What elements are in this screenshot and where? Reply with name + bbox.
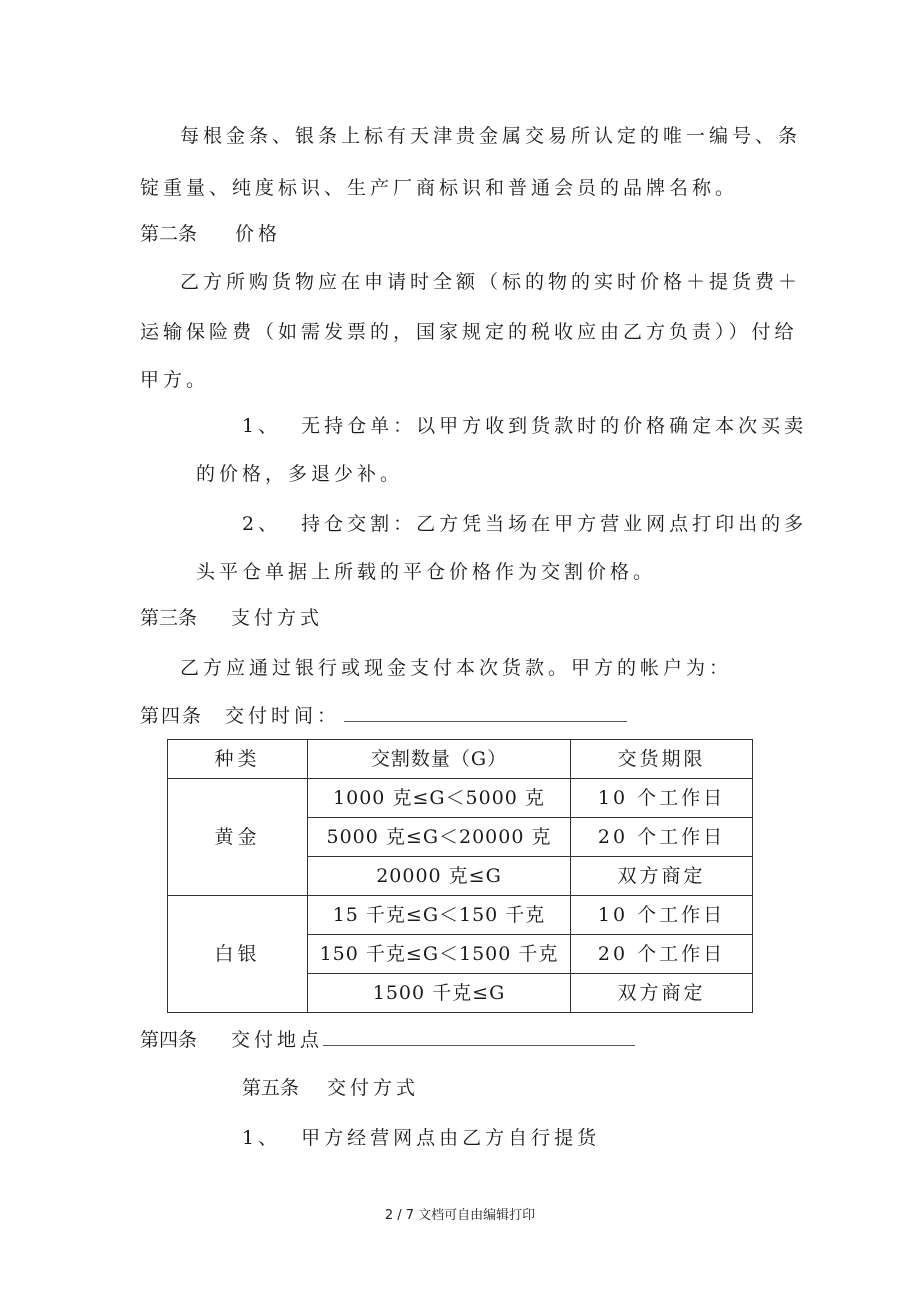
- category-cell: 黄金: [168, 779, 308, 896]
- article-number: 第四条: [140, 705, 203, 727]
- list-text: 无持仓单：以甲方收到货款时的价格确定本次买卖: [301, 415, 807, 437]
- article-number: 第二条: [140, 223, 197, 245]
- quantity-cell: 1500 千克≤G: [308, 974, 571, 1013]
- article-5-heading: 第五条交付方式: [242, 1076, 419, 1100]
- paragraph-line: 乙方应通过银行或现金支付本次货款。甲方的帐户为：: [180, 656, 732, 680]
- table-row: 白银 15 千克≤G＜150 千克 10 个工作日: [168, 896, 753, 935]
- quantity-cell: 5000 克≤G＜20000 克: [308, 818, 571, 857]
- deadline-cell: 20 个工作日: [571, 935, 753, 974]
- list-number: 1、: [242, 1127, 281, 1149]
- article-5-item-1: 1、甲方经营网点由乙方自行提货: [242, 1126, 600, 1150]
- article-title: 交付时间：: [225, 705, 340, 727]
- article-title: 交付方式: [327, 1077, 419, 1099]
- list-text: 持仓交割：乙方凭当场在甲方营业网点打印出的多: [301, 513, 807, 535]
- delivery-place-blank[interactable]: [323, 1029, 635, 1046]
- table-header-row: 种类 交割数量（G） 交货期限: [168, 740, 753, 779]
- category-cell: 白银: [168, 896, 308, 1013]
- delivery-table: 种类 交割数量（G） 交货期限 黄金 1000 克≤G＜5000 克 10 个工…: [167, 739, 753, 1013]
- deadline-cell: 20 个工作日: [571, 818, 753, 857]
- list-text: 甲方经营网点由乙方自行提货: [301, 1127, 600, 1149]
- quantity-cell: 150 千克≤G＜1500 千克: [308, 935, 571, 974]
- delivery-time-blank[interactable]: [344, 705, 627, 722]
- article-title: 支付方式: [231, 607, 323, 629]
- deadline-cell: 10 个工作日: [571, 896, 753, 935]
- article-number: 第五条: [242, 1077, 299, 1099]
- list-item-2: 2、持仓交割：乙方凭当场在甲方营业网点打印出的多: [242, 512, 807, 536]
- article-number: 第三条: [140, 607, 197, 629]
- list-number: 2、: [242, 513, 281, 535]
- article-2-heading: 第二条价格: [140, 222, 281, 246]
- article-title: 交付地点: [231, 1029, 323, 1051]
- list-item-2-continuation: 头平仓单据上所载的平仓价格作为交割价格。: [196, 560, 656, 584]
- quantity-cell: 20000 克≤G: [308, 857, 571, 896]
- deadline-cell: 双方商定: [571, 857, 753, 896]
- list-item-1-continuation: 的价格，多退少补。: [196, 462, 403, 486]
- quantity-cell: 1000 克≤G＜5000 克: [308, 779, 571, 818]
- paragraph-line: 每根金条、银条上标有天津贵金属交易所认定的唯一编号、条: [180, 124, 801, 148]
- header-category: 种类: [168, 740, 308, 779]
- paragraph-line: 甲方。: [140, 368, 209, 392]
- list-item-1: 1、无持仓单：以甲方收到货款时的价格确定本次买卖: [242, 414, 807, 438]
- article-number: 第四条: [140, 1029, 197, 1051]
- header-quantity: 交割数量（G）: [308, 740, 571, 779]
- article-4-delivery-time: 第四条交付时间：: [140, 704, 627, 728]
- table-row: 黄金 1000 克≤G＜5000 克 10 个工作日: [168, 779, 753, 818]
- article-3-heading: 第三条支付方式: [140, 606, 323, 630]
- quantity-cell: 15 千克≤G＜150 千克: [308, 896, 571, 935]
- paragraph-line: 锭重量、纯度标识、生产厂商标识和普通会员的品牌名称。: [140, 176, 738, 200]
- page-footer: 2 / 7 文档可自由编辑打印: [0, 1204, 920, 1223]
- deadline-cell: 10 个工作日: [571, 779, 753, 818]
- article-title: 价格: [235, 223, 281, 245]
- list-number: 1、: [242, 415, 281, 437]
- article-4-delivery-place: 第四条交付地点: [140, 1028, 635, 1052]
- header-deadline: 交货期限: [571, 740, 753, 779]
- paragraph-line: 运输保险费（如需发票的，国家规定的税收应由乙方负责））付给: [140, 320, 798, 344]
- paragraph-line: 乙方所购货物应在申请时全额（标的物的实时价格＋提货费＋: [180, 270, 801, 294]
- deadline-cell: 双方商定: [571, 974, 753, 1013]
